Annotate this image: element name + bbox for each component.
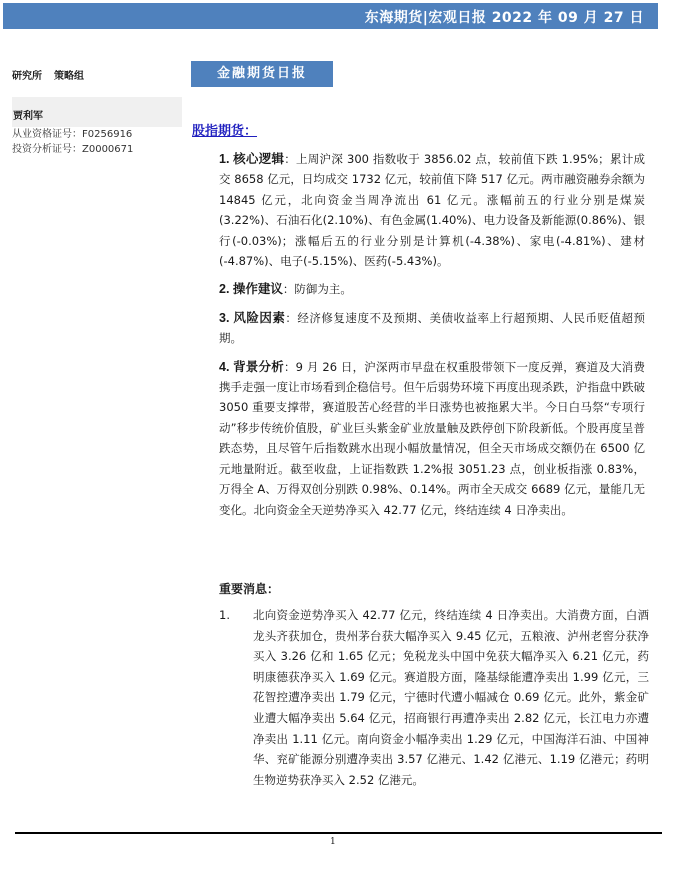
news-item: 1. 北向资金逆势净买入 42.77 亿元，终结连续 4 日净卖出。大消费方面，… bbox=[219, 605, 649, 790]
cert-qualification: 从业资格证号：F0256916 bbox=[12, 127, 184, 142]
footer-divider bbox=[15, 832, 662, 834]
dept-name: 研究所 bbox=[12, 71, 42, 82]
paragraph-text: ：9 月 26 日，沪深两市早盘在权重股带领下一度反弹，赛道及大消费携手走强一度… bbox=[219, 360, 645, 517]
paragraph-text: ：防御为主。 bbox=[283, 282, 352, 296]
group-name: 策略组 bbox=[54, 71, 84, 82]
news-item-number: 1. bbox=[219, 605, 230, 626]
paragraph-label: 4. 背景分析 bbox=[219, 360, 284, 374]
author-name: 贾利军 bbox=[13, 107, 43, 122]
paragraph-risk: 3. 风险因素：经济修复速度不及预期、美债收益率上行超预期、人民币贬值超预期。 bbox=[219, 308, 645, 349]
main-content: 1. 核心逻辑：上周沪深 300 指数收于 3856.02 点，较前值下跌 1.… bbox=[219, 149, 645, 528]
paragraph-label: 3. 风险因素 bbox=[219, 311, 285, 325]
paragraph-background: 4. 背景分析：9 月 26 日，沪深两市早盘在权重股带领下一度反弹，赛道及大消… bbox=[219, 357, 645, 520]
news-title: 重要消息： bbox=[219, 580, 279, 597]
news-item-text: 北向资金逆势净买入 42.77 亿元，终结连续 4 日净卖出。大消费方面，白酒龙… bbox=[253, 608, 649, 787]
report-banner: 金融期货日报 bbox=[191, 61, 333, 87]
header-bar: 东海期货|宏观日报 2022 年 09 月 27 日 bbox=[3, 3, 658, 29]
cert-analyst: 投资分析证号：Z0000671 bbox=[12, 142, 184, 157]
paragraph-core-logic: 1. 核心逻辑：上周沪深 300 指数收于 3856.02 点，较前值下跌 1.… bbox=[219, 149, 645, 271]
paragraph-advice: 2. 操作建议：防御为主。 bbox=[219, 279, 645, 299]
sidebar: 研究所策略组 贾利军 从业资格证号：F0256916 投资分析证号：Z00006… bbox=[12, 66, 184, 157]
paragraph-label: 2. 操作建议 bbox=[219, 282, 283, 296]
page-number: 1 bbox=[330, 837, 336, 847]
report-title: 东海期货|宏观日报 2022 年 09 月 27 日 bbox=[365, 7, 644, 27]
section-title[interactable]: 股指期货： bbox=[192, 120, 257, 139]
department: 研究所策略组 bbox=[12, 66, 184, 88]
author-box: 贾利军 bbox=[12, 97, 182, 127]
news-list: 1. 北向资金逆势净买入 42.77 亿元，终结连续 4 日净卖出。大消费方面，… bbox=[219, 605, 649, 790]
paragraph-text: ：上周沪深 300 指数收于 3856.02 点，较前值下跌 1.95%；累计成… bbox=[219, 152, 645, 268]
paragraph-label: 1. 核心逻辑 bbox=[219, 152, 284, 166]
